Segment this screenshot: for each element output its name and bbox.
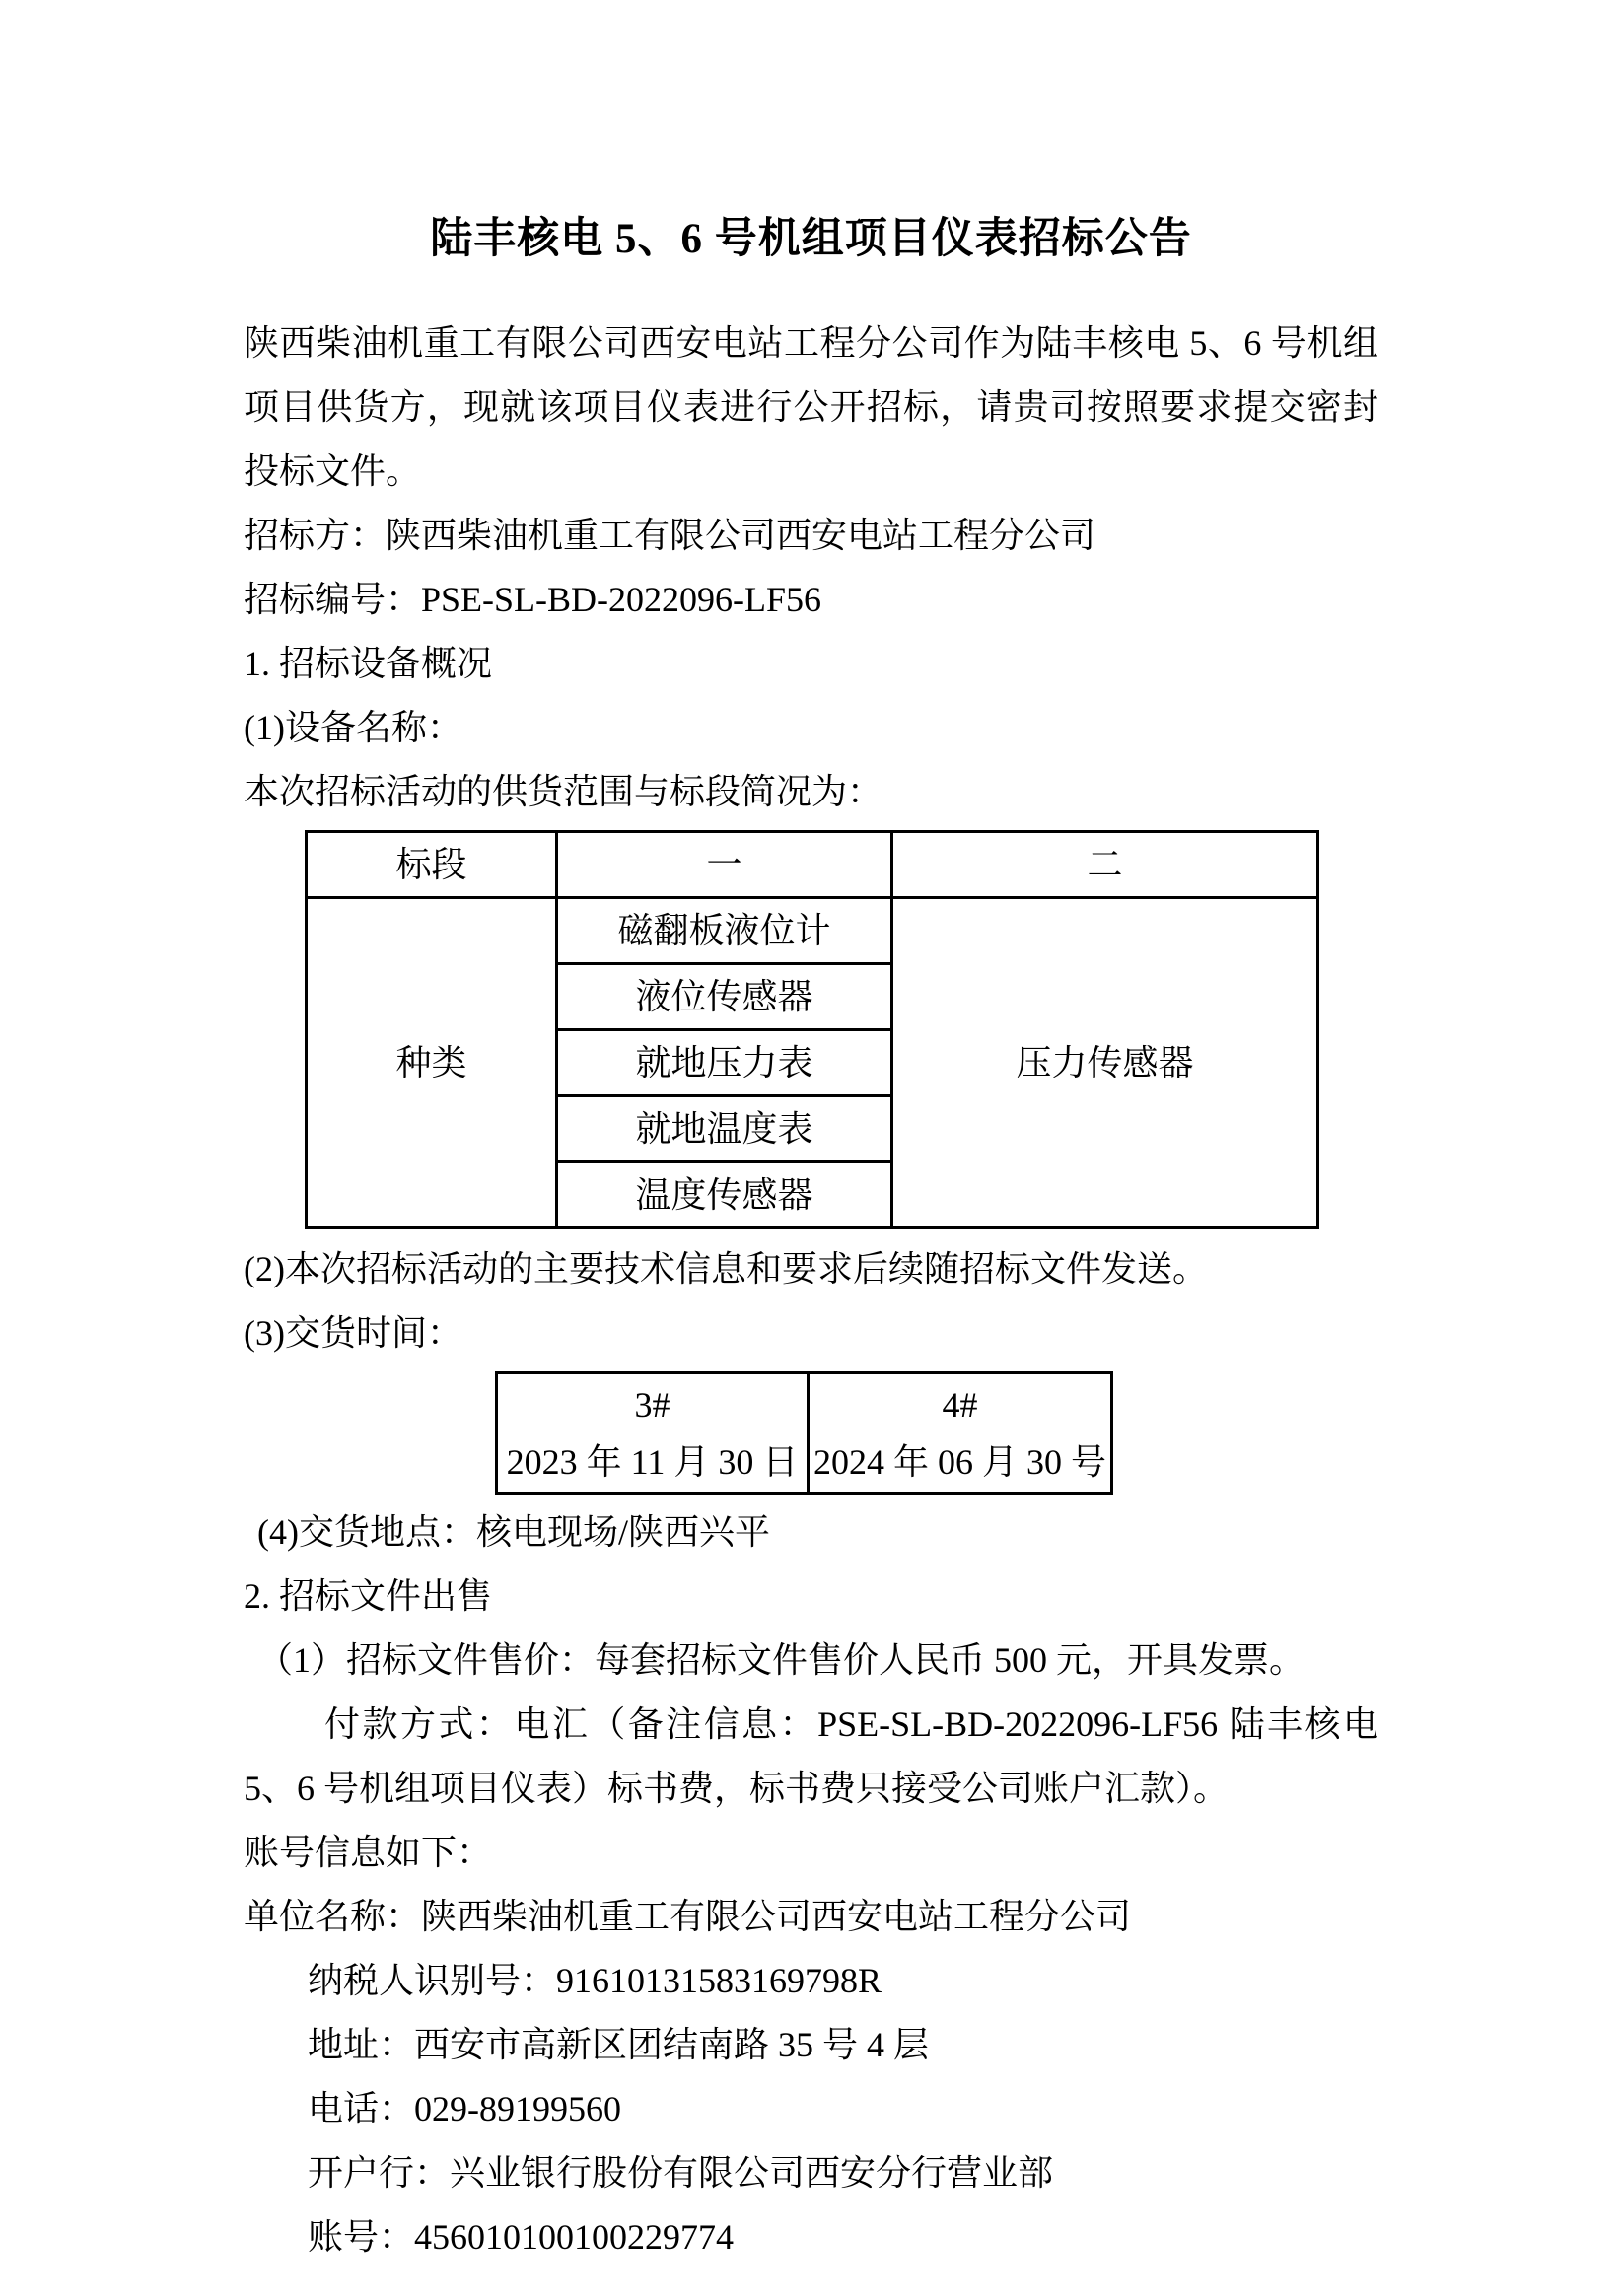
delivery-unit4-header: 4#: [810, 1376, 1110, 1433]
scope-lot1-item-5: 温度传感器: [557, 1162, 892, 1228]
scope-lot1-item-1: 磁翻板液位计: [557, 898, 892, 964]
tax-id-line: 纳税人识别号：91610131583169798R: [244, 1949, 1378, 2013]
delivery-table: 3# 2023 年 11 月 30 日 4# 2024 年 06 月 30 号: [495, 1371, 1113, 1495]
document-price-line: （1）招标文件售价：每套招标文件售价人民币 500 元，开具发票。: [244, 1629, 1378, 1693]
section2-heading: 2. 招标文件出售: [244, 1565, 1378, 1629]
scope-intro-line: 本次招标活动的供货范围与标段简况为：: [244, 760, 1378, 824]
scope-header-lot-label: 标段: [307, 832, 557, 898]
scope-lot1-item-3: 就地压力表: [557, 1030, 892, 1096]
account-info-intro: 账号信息如下：: [244, 1821, 1378, 1885]
scope-header-lot1: 一: [557, 832, 892, 898]
delivery-unit4-date: 2024 年 06 月 30 号: [810, 1433, 1110, 1491]
delivery-table-row: 3# 2023 年 11 月 30 日 4# 2024 年 06 月 30 号: [497, 1373, 1112, 1494]
scope-table: 标段 一 二 种类 磁翻板液位计 压力传感器 液位传感器 就地压力表 就地温度表…: [305, 830, 1319, 1229]
scope-header-lot2: 二: [892, 832, 1318, 898]
scope-table-row: 种类 磁翻板液位计 压力传感器: [307, 898, 1318, 964]
document-page: 陆丰核电 5、6 号机组项目仪表招标公告 陕西柴油机重工有限公司西安电站工程分公…: [0, 0, 1623, 2296]
bank-line: 开户行：兴业银行股份有限公司西安分行营业部: [244, 2141, 1378, 2205]
scope-lot1-item-2: 液位传感器: [557, 964, 892, 1030]
document-title: 陆丰核电 5、6 号机组项目仪表招标公告: [244, 215, 1378, 264]
payment-method-paragraph: 付款方式：电汇（备注信息：PSE-SL-BD-2022096-LF56 陆丰核电…: [244, 1693, 1378, 1821]
company-name-line: 单位名称：陕西柴油机重工有限公司西安电站工程分公司: [244, 1885, 1378, 1949]
scope-lot1-item-4: 就地温度表: [557, 1096, 892, 1162]
address-line: 地址：西安市高新区团结南路 35 号 4 层: [244, 2013, 1378, 2077]
scope-lot2-item: 压力传感器: [892, 898, 1318, 1228]
delivery-time-label: (3)交货时间：: [244, 1301, 1378, 1365]
device-name-label: (1)设备名称：: [244, 696, 1378, 760]
scope-table-header-row: 标段 一 二: [307, 832, 1318, 898]
delivery-unit3-date: 2023 年 11 月 30 日: [498, 1433, 807, 1491]
delivery-unit3-header: 3#: [498, 1376, 807, 1433]
delivery-unit4-cell: 4# 2024 年 06 月 30 号: [809, 1373, 1112, 1494]
delivery-place-line: (4)交货地点：核电现场/陕西兴平: [244, 1500, 1378, 1565]
tender-number-line: 招标编号：PSE-SL-BD-2022096-LF56: [244, 568, 1378, 632]
technical-info-line: (2)本次招标活动的主要技术信息和要求后续随招标文件发送。: [244, 1237, 1378, 1301]
delivery-unit3-cell: 3# 2023 年 11 月 30 日: [497, 1373, 809, 1494]
account-number-line: 账号：456010100100229774: [244, 2205, 1378, 2269]
scope-category-label: 种类: [307, 898, 557, 1228]
intro-paragraph: 陕西柴油机重工有限公司西安电站工程分公司作为陆丰核电 5、6 号机组项目供货方，…: [244, 312, 1378, 504]
section1-heading: 1. 招标设备概况: [244, 632, 1378, 696]
tenderer-line: 招标方：陕西柴油机重工有限公司西安电站工程分公司: [244, 504, 1378, 568]
phone-line: 电话：029-89199560: [244, 2077, 1378, 2141]
